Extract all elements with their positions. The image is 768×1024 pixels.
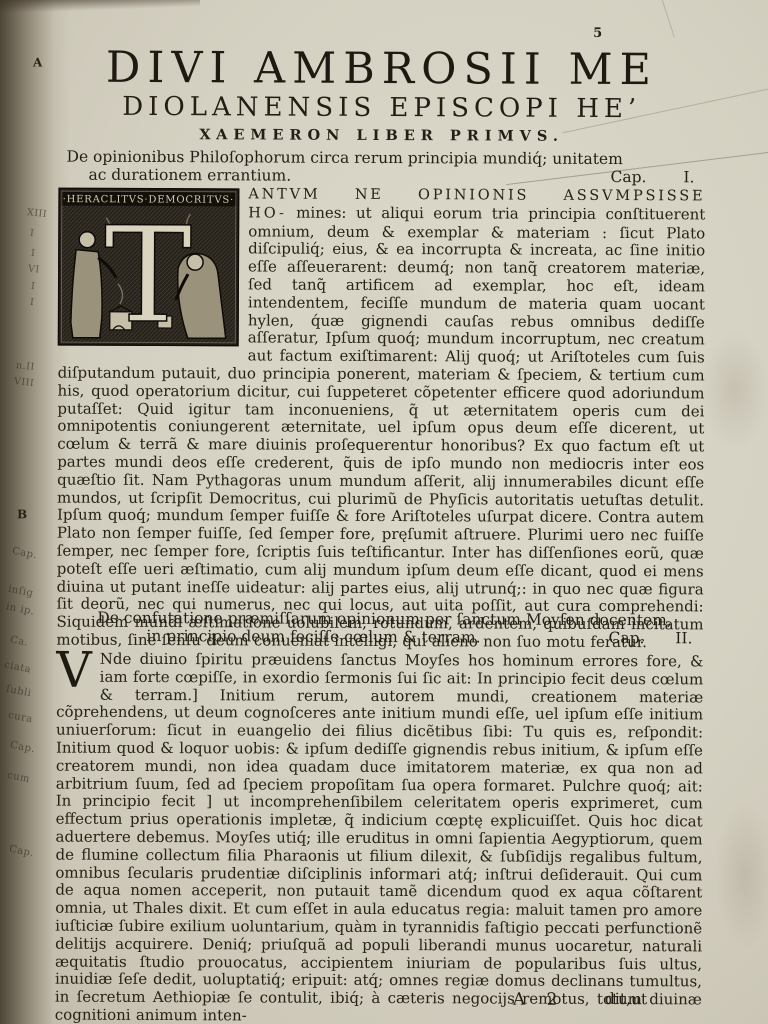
chapter-2-cap-number: II.: [675, 630, 692, 648]
book-title-line-2: DIOLANENSIS EPISCOPI HE’: [59, 92, 705, 125]
woodcut-initial-T-heraclitus-democritus: ·HERACLITVS·DEMOCRITVS· T: [58, 188, 240, 347]
book-title-line-3: XAEMERON LIBER PRIMVS.: [59, 126, 705, 146]
chapter-2-drop-cap: V: [56, 651, 100, 689]
woodcut-initial-letter: T: [104, 199, 193, 347]
chapter-1-heading: De opinionibus Philoſophorum circa rerum…: [58, 149, 706, 187]
book-page-photo: XIII I I VI I I n.II VIII Cap. inſig in …: [0, 0, 768, 1024]
chapter-2-text: VNde diuino ſpiritu præuidens ſanctus Mo…: [55, 651, 704, 1024]
marginal-letter-b: B: [17, 507, 27, 521]
book-title-line-1: DIVI AMBROSII ME: [59, 43, 705, 96]
chapter-1-text: ·HERACLITVS·DEMOCRITVS· T ANTVM NE OPINI…: [56, 185, 705, 653]
folio-number: 5: [593, 26, 602, 41]
chapter-2-heading: De confutatione præmiſſarum opinionum pe…: [56, 610, 704, 648]
page-content: 5 A B DIVI AMBROSII ME DIOLANENSIS EPISC…: [0, 0, 768, 1024]
catchword: dit,ut: [605, 990, 647, 1008]
chapter-2-body-text: Nde diuino ſpiritu præuidens ſanctus Moy…: [55, 650, 704, 1024]
chapter-2-heading-line-2: in principio deum feciſſe cœlum & terram…: [146, 627, 480, 646]
marginal-letter-a: A: [33, 55, 42, 69]
chapter-1-heading-line-2: ac durationem errantium.: [88, 166, 291, 184]
chapter-1-cap-number: I.: [683, 169, 694, 187]
signature-mark: A 2: [513, 990, 566, 1010]
